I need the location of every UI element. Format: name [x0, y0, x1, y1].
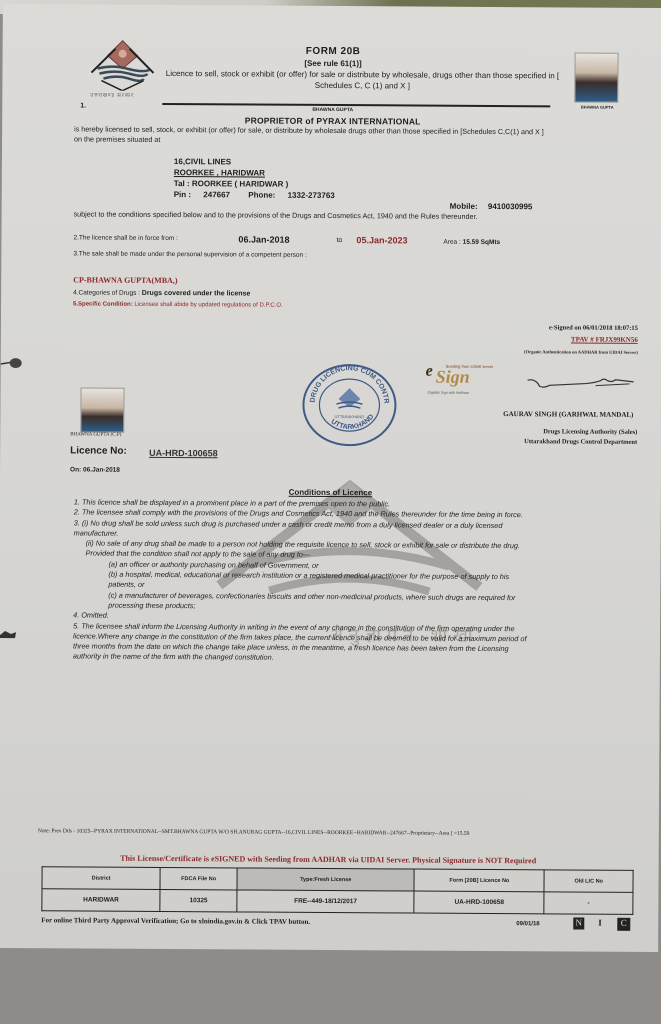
esigned-timestamp: e-Signed on 06/01/2018 18:07:15 — [549, 324, 638, 332]
logo-caption: उत्तराखण्ड सरकार — [90, 93, 134, 99]
form-description: Licence to sell, stock or exhibit (or of… — [162, 68, 562, 92]
area: Area : 15.59 SqMts — [443, 239, 500, 246]
table-header: FDCA File No — [160, 867, 237, 889]
tpav-instruction: For online Third Party Approval Verifica… — [41, 916, 310, 926]
issued-on-date: 06.Jan-2018 — [83, 466, 120, 473]
condition-item: 3. (i) No drug shall be sold unless such… — [74, 518, 534, 541]
area-value: 15.59 SqMts — [463, 239, 501, 246]
specific-condition-label: 5.Specific Condition: — [73, 301, 133, 307]
table-header: Form [20B] Licence No — [414, 869, 544, 892]
mobile: Mobile: 9410030995 — [450, 202, 533, 212]
specific-condition-value: Licensee shall abide by updated regulati… — [134, 302, 282, 309]
holder-name: BHAWNA GUPTA — [2, 105, 661, 115]
supervision-text: 3.The sale shall be made under the perso… — [73, 250, 306, 258]
esign-letter: e — [426, 363, 433, 381]
signatory-authority: Drugs Licensing Authority (Sales) Uttara… — [524, 427, 637, 448]
in-force-label: 2.The licence shall be in force from : — [73, 234, 177, 242]
print-date: 09/01/18 — [516, 921, 539, 927]
categories-label: 4.Categories of Drugs : — [73, 289, 140, 296]
drug-categories: 4.Categories of Drugs : Drugs covered un… — [73, 289, 250, 297]
subject-to-text: subject to the conditions specified belo… — [74, 209, 544, 222]
esign-seed: Seeding from UIDAI server — [446, 364, 494, 369]
condition-subitem: (c) a manufacturer of beverages, confect… — [73, 590, 533, 613]
pin-label: Pin : — [174, 189, 191, 200]
competent-person-photo — [80, 387, 124, 432]
pin-value: 247667 — [203, 189, 230, 200]
conditions-list: 1. This licence shall be displayed in a … — [73, 497, 534, 665]
licence-document: उत्तराखण्ड सरकार FORM 20B [See rule 61(1… — [0, 4, 661, 952]
condition-subitem: (b) a hospital, medical, educational or … — [73, 570, 533, 593]
specific-condition: 5.Specific Condition: Licensee shall abi… — [73, 301, 283, 308]
mobile-value: 9410030995 — [488, 202, 533, 211]
competent-person: CP-BHAWNA GUPTA(MBA,) — [73, 275, 177, 285]
table-cell: 10325 — [160, 889, 237, 911]
mobile-label: Mobile: — [450, 202, 478, 211]
authority-title: Drugs Licensing Authority (Sales) — [524, 427, 637, 438]
nic-logo-c: C — [617, 918, 630, 931]
categories-value: Drugs covered under the license — [142, 290, 251, 298]
holder-photo — [574, 52, 618, 102]
table-header: Old LIC No — [544, 870, 633, 893]
licence-no-value: UA-HRD-100658 — [149, 448, 218, 458]
esign-logo-icon: e Sign Seeding from UIDAI server Digital… — [425, 363, 505, 398]
table-cell: FRE--449-18/12/2017 — [237, 890, 414, 913]
licence-summary-table: District FDCA File No Type:Fresh License… — [41, 866, 633, 915]
competent-person-photo-caption: BHAWNA GUPTA (C.P) — [70, 432, 121, 437]
previous-details-note: Note: Prev Dtls - 10325--PYRAX INTERNATI… — [38, 827, 648, 839]
nic-logo-n: N — [573, 917, 584, 929]
valid-to: 05.Jan-2023 — [356, 235, 407, 245]
signature-icon — [526, 374, 636, 391]
esign-word: Sign — [436, 367, 470, 388]
condition-item: (ii) No sale of any drug shall be made t… — [73, 539, 533, 562]
table-row: HARIDWAR 10325 FRE--449-18/12/2017 UA-HR… — [42, 889, 633, 915]
area-label: Area : — [443, 239, 460, 246]
signatory-name: GAURAV SINGH (GARHWAL MANDAL) — [503, 410, 633, 419]
esign-tagline: Digitally Sign with Aadhaar — [428, 391, 469, 395]
to-word: to — [336, 237, 342, 244]
table-cell: UA-HRD-100658 — [414, 891, 544, 914]
licence-no-label: Licence No: — [70, 445, 127, 456]
authority-seal-icon: DRUG LICENCING CUM CONTROLLING AUTHORITY… — [300, 362, 399, 449]
table-cell: - — [544, 892, 633, 915]
svg-text:UTTARAKHAND: UTTARAKHAND — [335, 414, 365, 419]
binder-clip-icon — [0, 628, 17, 640]
issued-on-label: On: — [70, 466, 81, 473]
organic-auth-note: (Organic Authentication on AADHAR from U… — [524, 349, 638, 355]
nic-logo-i: I — [598, 918, 602, 928]
valid-from: 06.Jan-2018 — [238, 234, 289, 244]
issued-on: On: 06.Jan-2018 — [70, 466, 120, 473]
premises-address: 16,CIVIL LINES ROORKEE , HARIDWAR Tal : … — [174, 156, 335, 201]
condition-item: 5. The licensee shall inform the Licensi… — [73, 621, 533, 665]
esign-banner: This License/Certificate is eSIGNED with… — [0, 853, 659, 866]
table-cell: HARIDWAR — [42, 889, 160, 912]
licence-intro: is hereby licensed to sell, stock, or ex… — [74, 124, 544, 147]
phone-label: Phone: — [248, 189, 275, 200]
tpav-code[interactable]: TPAV # FRJX99KN56 — [571, 335, 638, 343]
phone-value: 1332-273763 — [288, 190, 335, 201]
table-header: District — [42, 867, 160, 890]
table-header: Type:Fresh License — [237, 868, 414, 891]
binder-clip-icon — [1, 356, 23, 370]
department-name: Uttarakhand Drugs Control Department — [524, 437, 637, 448]
